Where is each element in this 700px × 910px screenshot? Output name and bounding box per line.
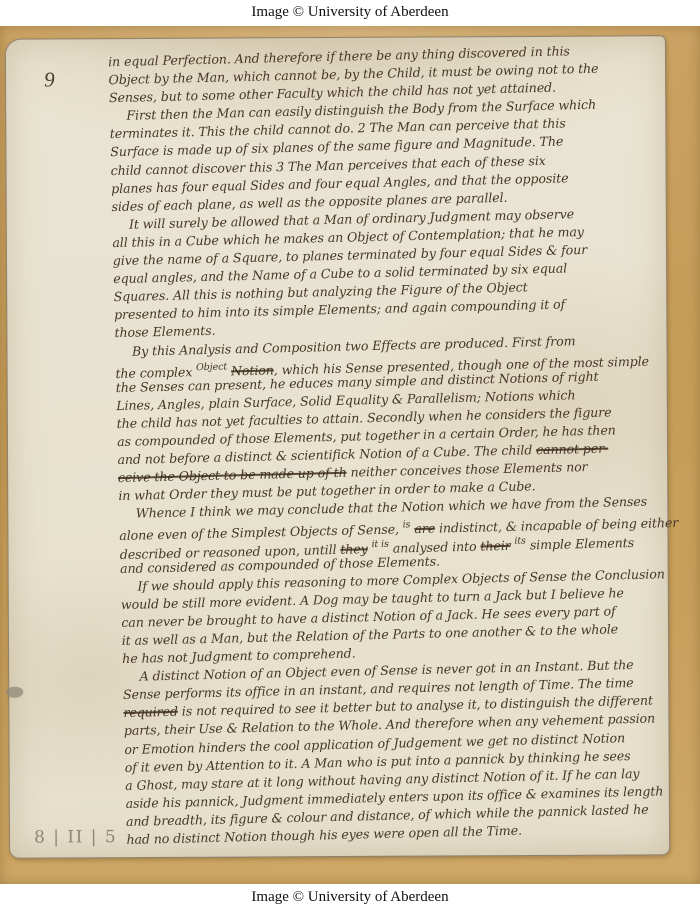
manuscript-scan: 9 in equal Perfection. And therefore if … bbox=[0, 26, 700, 884]
page-number: 9 bbox=[44, 67, 55, 92]
manuscript-paper: 9 in equal Perfection. And therefore if … bbox=[5, 35, 670, 858]
bottom-caption: Image © University of Aberdeen bbox=[0, 889, 700, 906]
edge-smudge bbox=[6, 687, 23, 698]
manuscript-text: in equal Perfection. And therefore if th… bbox=[108, 40, 687, 849]
page-root: Image © University of Aberdeen 9 in equa… bbox=[0, 0, 700, 910]
shelfmark: 8 | II | 5 bbox=[34, 827, 117, 847]
top-caption: Image © University of Aberdeen bbox=[0, 4, 700, 21]
